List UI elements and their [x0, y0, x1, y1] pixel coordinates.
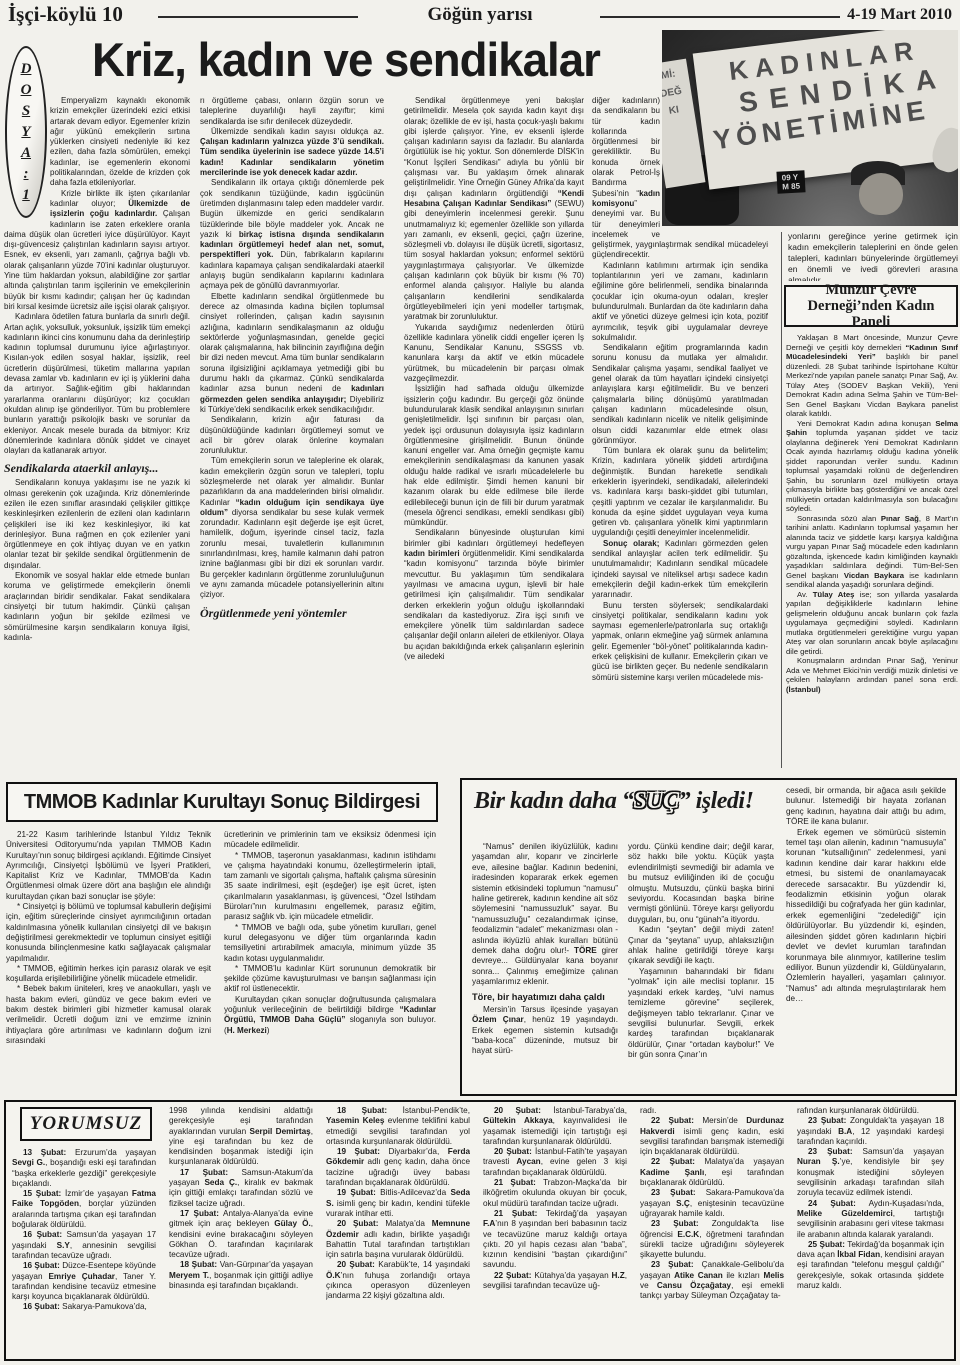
yorumsuz-column-3: 18 Şubat: İstanbul-Pendik’te, Yasemin Ke… — [326, 1106, 470, 1354]
article-column-2: rı örgütleme çabası, onların özgün sorun… — [200, 96, 384, 768]
person-face — [859, 173, 903, 215]
tmmob-title-box: TMMOB Kadınlar Kurultayı Sonuç Bildirges… — [6, 782, 438, 822]
article-column-4: diğer kadınların) da sendikaların bu tür… — [592, 96, 768, 768]
tmmob-column-2: ücretlerinin ve primlerinin tam ve eksik… — [224, 830, 436, 1096]
yorumsuz-column-2: 1998 yılında kendisini aldattığı gerekçe… — [169, 1106, 313, 1354]
article-column-1: Emperyalizm kaynaklı ekonomik krizin eme… — [4, 96, 190, 768]
yorumsuz-column-5: radı.22 Şubat: Mersin’de Durdunaz Hakver… — [640, 1106, 784, 1354]
suc-article-title: Bir kadın daha “SUÇ” işledi! — [474, 788, 786, 815]
side-banner-text: Mİ: — [662, 69, 676, 82]
column-divider — [781, 232, 782, 768]
masthead-page-title: İşçi-köylü 10 — [8, 2, 123, 27]
munzur-panel-article: Yaklaşan 8 Mart öncesinde, Munzur Çevre … — [786, 333, 958, 767]
munzur-panel-title: Munzur Çevre Derneği’nden Kadın Paneli — [784, 285, 958, 327]
suc-column-1: “Namus” denilen ikiyüzlülük, kadını yaşa… — [472, 842, 618, 1088]
photo-sign: 09 Y M 85 — [777, 170, 806, 193]
dosya-letter: D — [21, 59, 32, 80]
article-ending: yonlarını gereğince yerine getirmek için… — [788, 231, 958, 281]
badge-wrap-spacer — [4, 96, 50, 220]
yorumsuz-column-1: 13 Şubat: Erzurum’da yaşayan Sevgi G., b… — [12, 1148, 156, 1354]
newspaper-page: İşçi-köylü 10 Göğün yarısı 4-19 Mart 201… — [0, 0, 960, 1365]
yorumsuz-column-4: 20 Şubat: İstanbul-Tarabya’da, Gültekin … — [483, 1106, 627, 1354]
masthead-rule-right — [600, 16, 840, 18]
suc-column-2: yordu. Çünkü kendine dair; değil karar, … — [628, 842, 774, 1088]
yorumsuz-column-6: rafından kurşunlanarak öldürüldü.23 Şuba… — [797, 1106, 944, 1354]
suc-title-word: SUÇ — [633, 788, 678, 814]
suc-title-pre: Bir kadın daha “ — [474, 788, 633, 814]
masthead-rule-left — [158, 16, 358, 18]
main-headline: Kriz, kadın ve sendikalar — [92, 32, 600, 87]
photo-wrap-spacer — [660, 96, 768, 232]
yorumsuz-title: YORUMSUZ — [20, 1107, 152, 1141]
photo-sign-text: M 85 — [782, 181, 800, 191]
masthead-section-title: Göğün yarısı — [370, 4, 590, 26]
suc-title-post: ” işledi! — [679, 788, 754, 814]
article-column-3: Sendikal örgütlenmeye yeni bakışlar geti… — [404, 96, 584, 768]
tmmob-column-1: 21-22 Kasım tarihlerinde İstanbul Yıldız… — [6, 830, 211, 1096]
suc-column-3: cesedi, bir ormanda, bir ağaca asılı şek… — [786, 786, 946, 1088]
masthead-date: 4-19 Mart 2010 — [847, 6, 952, 24]
